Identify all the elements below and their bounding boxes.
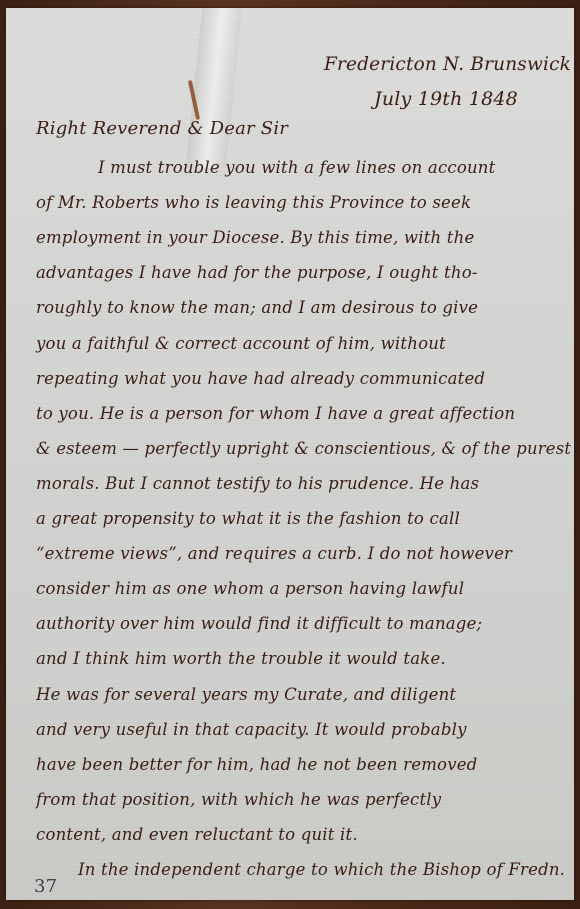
paper-fold-crease xyxy=(186,8,243,168)
letter-salutation: Right Reverend & Dear Sir xyxy=(36,118,288,139)
letter-line: a great propensity to what it is the fas… xyxy=(36,509,460,528)
letter-page: Fredericton N. Brunswick July 19th 1848 … xyxy=(6,8,574,900)
letter-line: I must trouble you with a few lines on a… xyxy=(98,158,495,177)
letter-line: & esteem — perfectly upright & conscient… xyxy=(36,439,571,458)
letter-line: authority over him would find it difficu… xyxy=(36,614,482,633)
folio-number: 37 xyxy=(34,876,57,897)
letter-line: morals. But I cannot testify to his prud… xyxy=(36,474,479,493)
letter-line: roughly to know the man; and I am desiro… xyxy=(36,298,478,317)
letter-line: repeating what you have had already comm… xyxy=(36,369,485,388)
letter-date: July 19th 1848 xyxy=(374,88,518,110)
letter-line: you a faithful & correct account of him,… xyxy=(36,334,446,353)
letter-line: He was for several years my Curate, and … xyxy=(36,685,456,704)
letter-line: have been better for him, had he not bee… xyxy=(36,755,477,774)
letter-line: from that position, with which he was pe… xyxy=(36,790,441,809)
letter-line: and I think him worth the trouble it wou… xyxy=(36,649,446,668)
letter-place: Fredericton N. Brunswick xyxy=(324,53,571,75)
letter-line: consider him as one whom a person having… xyxy=(36,579,464,598)
letter-line: to you. He is a person for whom I have a… xyxy=(36,404,515,423)
letter-line: “extreme views”, and requires a curb. I … xyxy=(36,544,512,563)
letter-line: of Mr. Roberts who is leaving this Provi… xyxy=(36,193,471,212)
letter-line: and very useful in that capacity. It wou… xyxy=(36,720,467,739)
letter-line: employment in your Diocese. By this time… xyxy=(36,228,474,247)
letter-line: advantages I have had for the purpose, I… xyxy=(36,263,478,282)
letter-line: In the independent charge to which the B… xyxy=(78,860,565,879)
letter-line: content, and even reluctant to quit it. xyxy=(36,825,358,844)
